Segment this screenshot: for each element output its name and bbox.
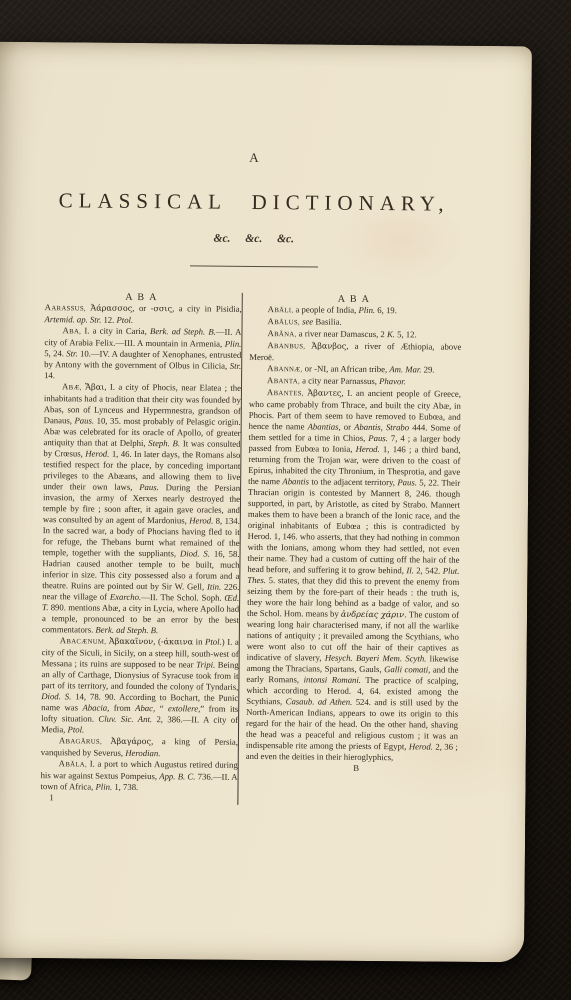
book-page: A CLASSICAL DICTIONARY, &c. &c. &c. ABA …	[0, 42, 532, 963]
main-title: CLASSICAL DICTIONARY,	[46, 188, 463, 217]
etc-line: &c. &c. &c.	[45, 231, 462, 247]
signature-mark-left: 1	[40, 792, 237, 805]
entry-paragraph: ABA, I. a city in Caria, Berk. ad Steph.…	[44, 325, 241, 383]
half-title: A	[46, 148, 463, 168]
entry-paragraph: ABANBUS, Ἀβανβος, a river of Æthiopia, a…	[249, 340, 461, 365]
book-cloth-background: A CLASSICAL DICTIONARY, &c. &c. &c. ABA …	[0, 0, 571, 1000]
title-rule	[190, 265, 318, 267]
page-content: A CLASSICAL DICTIONARY, &c. &c. &c. ABA …	[40, 42, 464, 807]
entry-paragraph: ABAGĂRUS, Ἀβαγάρος, a king of Persia, va…	[41, 735, 238, 760]
entry-paragraph: ABÆ, Ἄβαι, I. a city of Phocis, near Ela…	[42, 381, 241, 637]
entry-paragraph: ABACÆNUM, Ἀβακαῖνον, (-άκαινα in Ptol.) …	[41, 635, 239, 737]
text-columns: ABA AARASSUS, Ἀάρασσος, or -σσις, a city…	[40, 291, 461, 807]
entry-paragraph: ABANTES, Ἀβαντες, I. an ancient people o…	[246, 387, 461, 764]
entry-paragraph: AARASSUS, Ἀάρασσος, or -σσις, a city in …	[45, 302, 242, 327]
signature-mark-right: B	[246, 762, 458, 775]
column-right: ABA ABĀLI, a people of India, Plin. 6, 1…	[245, 293, 461, 807]
entry-paragraph: ABĂLA, I. a port to which Augustus retir…	[40, 758, 237, 794]
column-left: ABA AARASSUS, Ἀάρασσος, or -σσις, a city…	[40, 291, 241, 805]
